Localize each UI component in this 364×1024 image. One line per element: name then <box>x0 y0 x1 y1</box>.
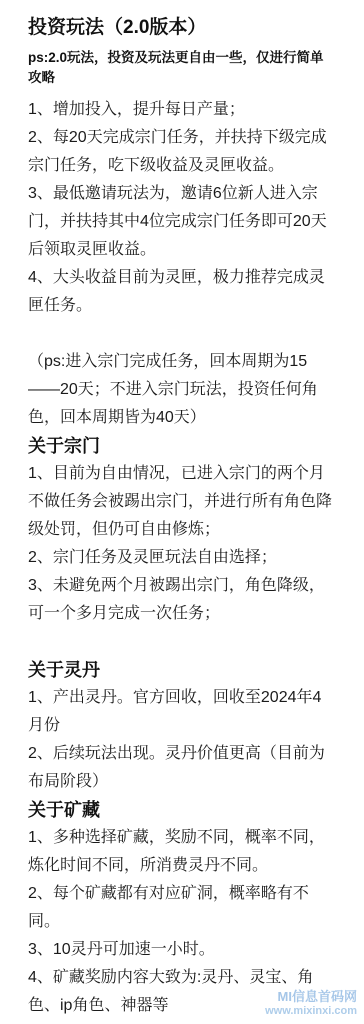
paragraph: 3、最低邀请玩法为，邀请6位新人进入宗门，并扶持其中4位完成宗门任务即可20天后… <box>28 180 332 264</box>
paragraph: 1、目前为自由情况，已进入宗门的两个月不做任务会被踢出宗门，并进行所有角色降级处… <box>28 460 332 544</box>
paragraph: 3、10灵丹可加速一小时。 <box>28 936 332 964</box>
paragraph: 1、增加投入，提升每日产量； <box>28 96 332 124</box>
paragraph: 4、大头收益目前为灵匣，极力推荐完成灵匣任务。 <box>28 264 332 320</box>
blank-line <box>28 628 332 656</box>
blank-line <box>28 320 332 348</box>
article-body: 投资玩法（2.0版本）ps:2.0玩法，投资及玩法更自由一些，仅进行简单攻略1、… <box>0 0 364 1020</box>
section-heading: 关于矿藏 <box>28 796 332 824</box>
paragraph: 4、矿藏奖励内容大致为:灵丹、灵宝、角色、ip角色、神器等 <box>28 964 332 1020</box>
paragraph: 1、产出灵丹。官方回收，回收至2024年4月份 <box>28 684 332 740</box>
article-page: 投资玩法（2.0版本）ps:2.0玩法，投资及玩法更自由一些，仅进行简单攻略1、… <box>0 0 364 1024</box>
paragraph: （ps:进入宗门完成任务，回本周期为15——20天；不进入宗门玩法，投资任何角色… <box>28 348 332 432</box>
paragraph: 2、每20天完成宗门任务，并扶持下级完成宗门任务，吃下级收益及灵匣收益。 <box>28 124 332 180</box>
paragraph: 2、宗门任务及灵匣玩法自由选择； <box>28 544 332 572</box>
paragraph: 2、每个矿藏都有对应矿洞，概率略有不同。 <box>28 880 332 936</box>
section-heading: 关于灵丹 <box>28 656 332 684</box>
section-heading: 关于宗门 <box>28 432 332 460</box>
paragraph: 3、未避免两个月被踢出宗门，角色降级，可一个多月完成一次任务； <box>28 572 332 628</box>
paragraph: 1、多种选择矿藏，奖励不同，概率不同，炼化时间不同，所消费灵丹不同。 <box>28 824 332 880</box>
article-title: 投资玩法（2.0版本） <box>28 14 332 42</box>
paragraph: 2、后续玩法出现。灵丹价值更高（目前为布局阶段） <box>28 740 332 796</box>
article-note: ps:2.0玩法，投资及玩法更自由一些，仅进行简单攻略 <box>28 48 332 88</box>
